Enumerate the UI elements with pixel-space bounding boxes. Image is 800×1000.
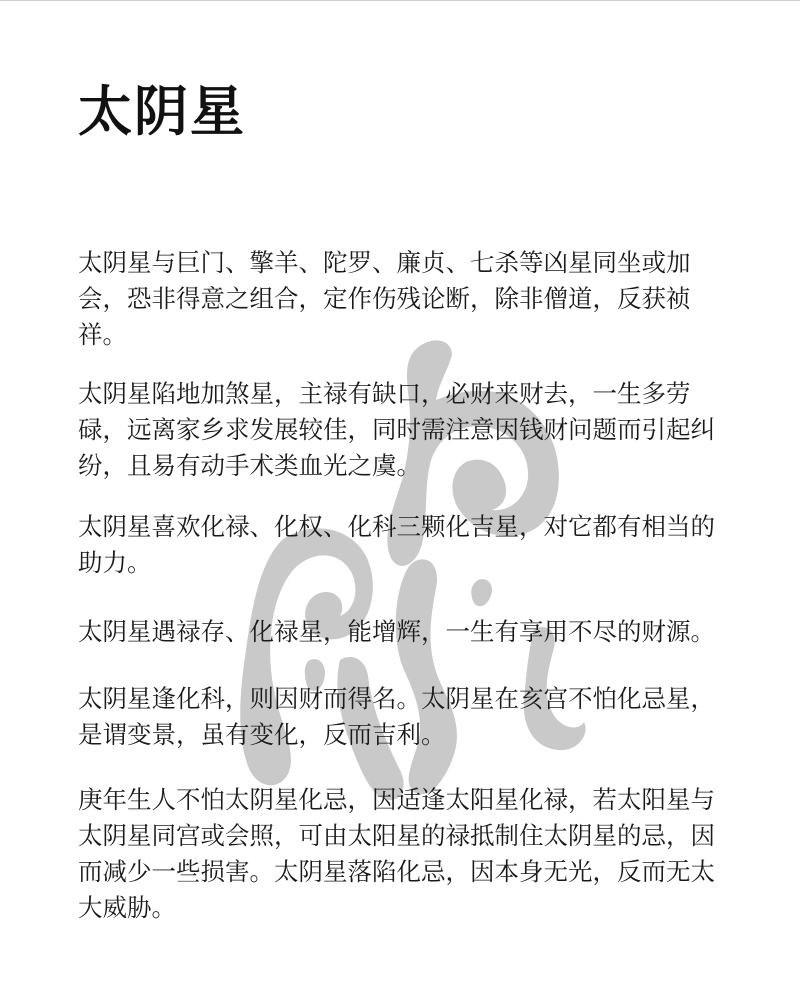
paragraph-line: 是谓变景，虽有变化，反而吉利。 bbox=[78, 717, 715, 753]
paragraph-5: 太阴星逢化科，则因财而得名。太阴星在亥宫不怕化忌星， 是谓变景，虽有变化，反而吉… bbox=[78, 681, 715, 753]
paragraph-line: 庚年生人不怕太阴星化忌，因适逢太阳星化禄，若太阳星与 bbox=[78, 782, 715, 818]
paragraph-line: 祥。 bbox=[78, 317, 691, 353]
paragraph-line: 大威胁。 bbox=[78, 890, 715, 926]
paragraph-line: 而减少一些损害。太阴星落陷化忌，因本身无光，反而无太 bbox=[78, 854, 715, 890]
top-border-rule bbox=[0, 0, 800, 1]
paragraph-2: 太阴星陷地加煞星，主禄有缺口，必财来财去，一生多劳 碌，远离家乡求发展较佳，同时… bbox=[78, 376, 715, 484]
paragraph-line: 纷，且易有动手术类血光之虞。 bbox=[78, 448, 715, 484]
paragraph-line: 太阴星逢化科，则因财而得名。太阴星在亥宫不怕化忌星， bbox=[78, 681, 715, 717]
paragraph-line: 太阴星与巨门、擎羊、陀罗、廉贞、七杀等凶星同坐或加 bbox=[78, 245, 691, 281]
paragraph-3: 太阴星喜欢化禄、化权、化科三颗化吉星，对它都有相当的 助力。 bbox=[78, 509, 715, 581]
paragraph-line: 太阴星陷地加煞星，主禄有缺口，必财来财去，一生多劳 bbox=[78, 376, 715, 412]
paragraph-4: 太阴星遇禄存、化禄星，能增辉，一生有享用不尽的财源。 bbox=[78, 614, 715, 650]
paragraph-line: 太阴星喜欢化禄、化权、化科三颗化吉星，对它都有相当的 bbox=[78, 509, 715, 545]
paragraph-line: 太阴星同宫或会照，可由太阳星的禄抵制住太阴星的忌，因 bbox=[78, 818, 715, 854]
paragraph-line: 太阴星遇禄存、化禄星，能增辉，一生有享用不尽的财源。 bbox=[78, 614, 715, 650]
paragraph-6: 庚年生人不怕太阴星化忌，因适逢太阳星化禄，若太阳星与 太阴星同宫或会照，可由太阳… bbox=[78, 782, 715, 926]
paragraph-line: 碌，远离家乡求发展较佳，同时需注意因钱财问题而引起纠 bbox=[78, 412, 715, 448]
paragraph-1: 太阴星与巨门、擎羊、陀罗、廉贞、七杀等凶星同坐或加 会，恐非得意之组合，定作伤残… bbox=[78, 245, 691, 353]
page-title: 太阴星 bbox=[78, 80, 246, 144]
paragraph-line: 助力。 bbox=[78, 545, 715, 581]
paragraph-line: 会，恐非得意之组合，定作伤残论断，除非僧道，反获祯 bbox=[78, 281, 691, 317]
